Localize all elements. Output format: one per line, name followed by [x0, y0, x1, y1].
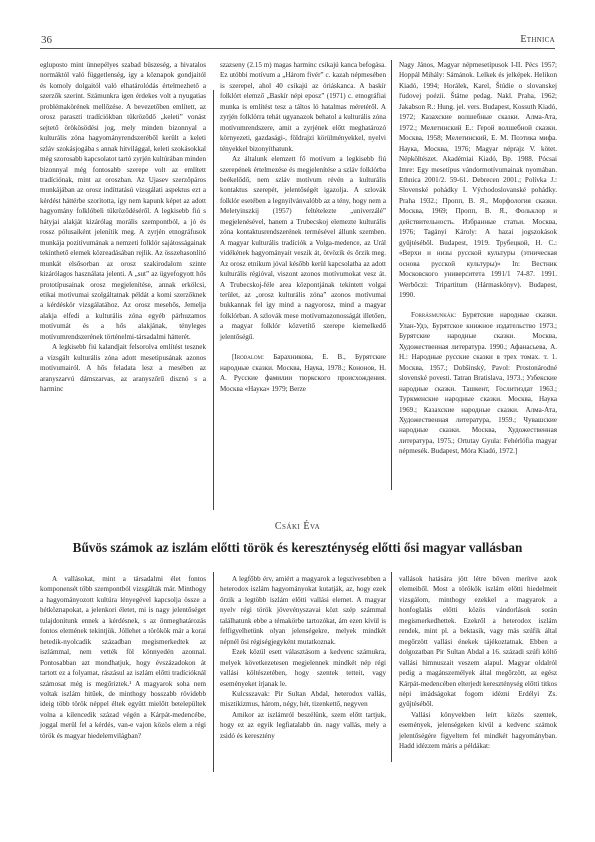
paragraph: Amikor az iszlámról beszélünk, szem előt…	[220, 710, 386, 741]
references-paragraph: [Irodalom: Барахникова, Е. В., Бурятские…	[220, 352, 386, 394]
running-header: 36 Ethnica	[40, 34, 555, 49]
paragraph: A vallásokat, mint a társadalmi élet fon…	[40, 574, 206, 741]
page-number: 36	[41, 34, 52, 46]
paragraph: A legkisebb fiú kalandjait felsorolva em…	[40, 342, 206, 394]
article-column-1: A vallásokat, mint a társadalmi élet fon…	[40, 574, 206, 741]
paragraph: Az általunk elemzett fő motívum a legkis…	[220, 154, 386, 342]
article-column-2: A legfőbb érv, amiért a magyarok a legsz…	[220, 574, 386, 741]
upper-column-1: egluposto mint ünnepélyes szabad büszesé…	[40, 60, 206, 395]
paragraph: A legfőbb érv, amiért a magyarok a legsz…	[220, 574, 386, 647]
upper-column-2: szazseny (2.15 m) magas harminc csikajú …	[220, 60, 386, 394]
column-divider	[213, 572, 214, 772]
sources-paragraph: Forrásmunkák: Бурятские народные сказки.…	[399, 310, 557, 456]
column-divider	[213, 90, 214, 510]
paragraph: vallások hatására jött létre bőven merít…	[399, 574, 557, 710]
paragraph: egluposto mint ünnepélyes szabad büszesé…	[40, 60, 206, 342]
article-author: Csáki Éva	[0, 521, 595, 532]
references-continued: Nagy János, Magyar népmesetípusok I-II. …	[399, 60, 557, 300]
upper-column-3: Nagy János, Magyar népmesetípusok I-II. …	[399, 60, 557, 457]
journal-name: Ethnica	[520, 34, 555, 45]
paragraph: Vallási könyvekben leírt közös szentek, …	[399, 710, 557, 752]
article-column-3: vallások hatására jött létre bőven merít…	[399, 574, 557, 752]
sources-text: Бурятские народные сказки. Улан-Удэ, Бур…	[399, 311, 557, 455]
sources-label: Forrásmunkák:	[411, 311, 456, 319]
column-divider	[391, 60, 392, 490]
references-label: Irodalom:	[234, 353, 264, 361]
article-title: Bűvös számok az iszlám előtti török és k…	[30, 540, 565, 556]
column-divider	[391, 572, 392, 762]
paragraph: szazseny (2.15 m) magas harminc csikajú …	[220, 60, 386, 154]
keywords-paragraph: Kulcsszavak: Pir Sultan Abdal, heterodox…	[220, 689, 386, 710]
paragraph: Ezek közül esett választásom a kedvenc s…	[220, 647, 386, 689]
